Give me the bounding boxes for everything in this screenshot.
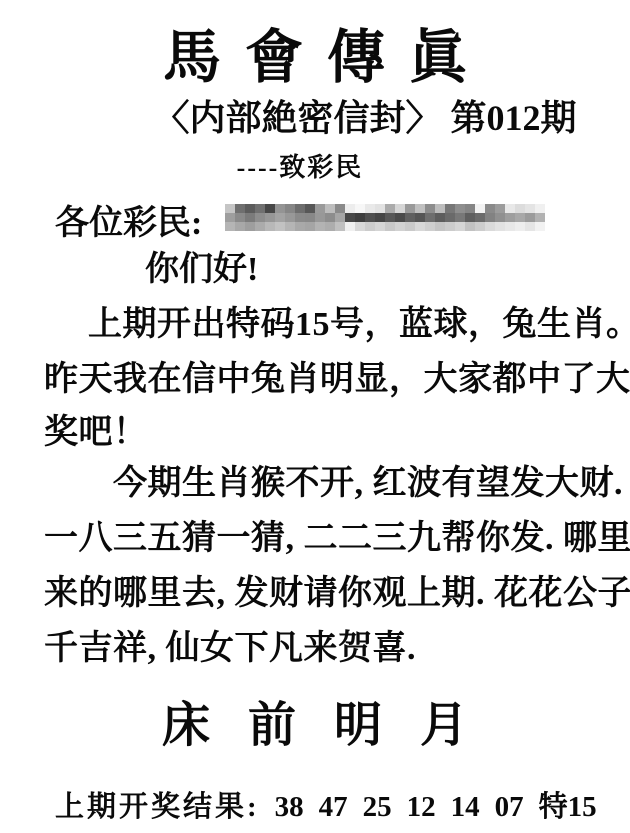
body-line: 上期开出特码15号，蓝球，兔生肖。 — [88, 296, 630, 345]
body-line: 今期生肖猴不开, 红波有望发大财. — [113, 455, 623, 504]
dedication-line: ----致彩民 — [0, 147, 600, 184]
draw-number: 47 — [319, 791, 348, 823]
draw-number: 12 — [407, 791, 436, 823]
body-line: 一八三五猜一猜, 二二三九帮你发. 哪里 — [44, 510, 630, 559]
fax-document-page: 馬會傳眞 〈内部絶密信封〉 第012期 ----致彩民 各位彩民: 你们好! 上… — [0, 0, 630, 833]
draw-number: 25 — [363, 791, 392, 823]
result-label: 上期开奖结果: — [55, 791, 260, 823]
draw-number: 38 — [275, 791, 304, 823]
salutation: 各位彩民: — [55, 195, 202, 244]
special-number: 特15 — [539, 791, 597, 823]
poem-hint: 床前明月 — [0, 686, 630, 755]
previous-draw-result: 上期开奖结果:384725121407特15 — [55, 784, 597, 825]
draw-number: 14 — [451, 791, 480, 823]
greeting-hello: 你们好! — [145, 241, 258, 290]
redacted-contact-mosaic — [225, 204, 545, 231]
issue-subtitle: 〈内部絶密信封〉 第012期 — [100, 90, 630, 141]
body-line: 昨天我在信中兔肖明显，大家都中了大 — [44, 351, 630, 400]
body-line: 来的哪里去, 发财请你观上期. 花花公子 — [44, 565, 630, 614]
draw-number: 07 — [495, 791, 524, 823]
body-line: 千吉祥, 仙女下凡来贺喜. — [44, 620, 416, 669]
body-line: 奖吧！ — [44, 404, 148, 453]
page-title: 馬會傳眞 — [0, 10, 630, 94]
